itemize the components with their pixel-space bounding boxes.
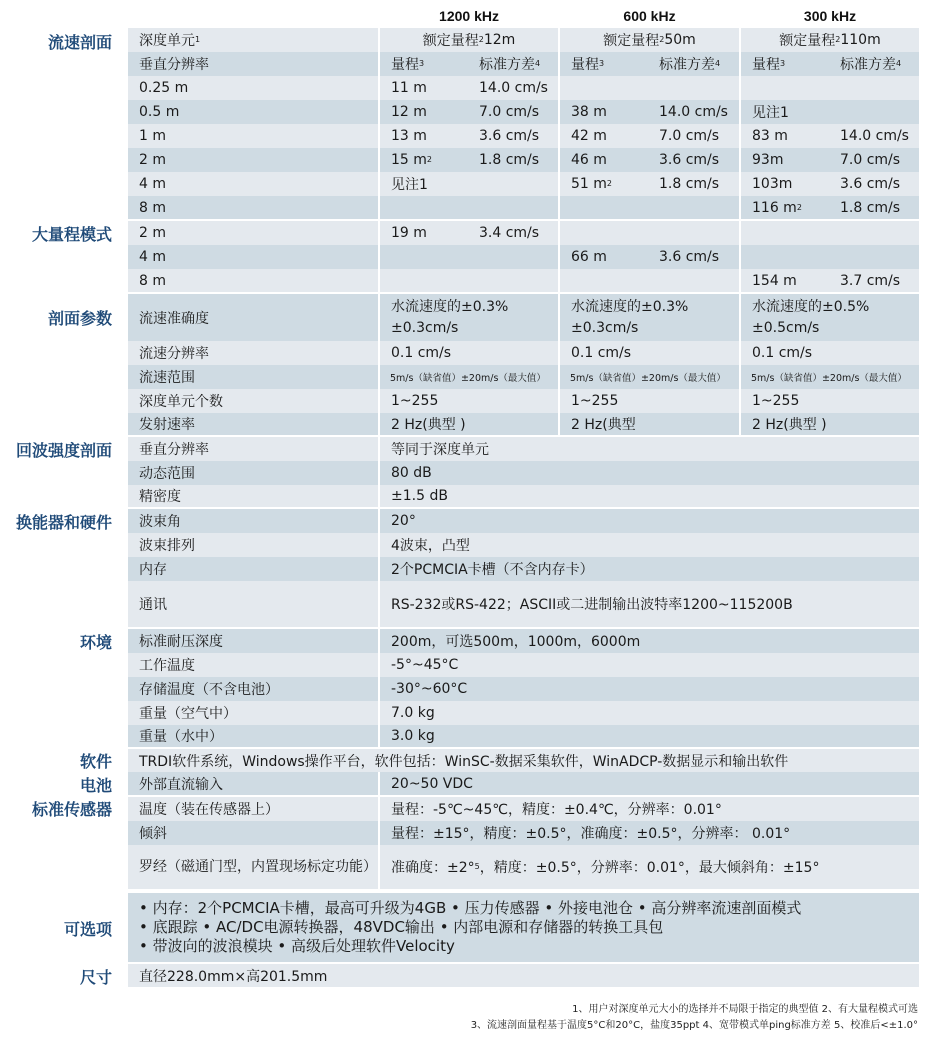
- option-line: • 内存：2个PCMCIA卡槽，最高可升级为4GB • 压力传感器 • 外接电池…: [139, 899, 919, 918]
- cell-range: [560, 76, 649, 100]
- cell-std: 14.0 cm/s: [830, 124, 919, 148]
- std-header: 标准方差4: [649, 52, 739, 76]
- cell-range: 103m: [741, 172, 830, 196]
- cell-resolution: 4 m: [128, 245, 378, 269]
- dimensions-value: 直径228.0mm×高201.5mm: [128, 964, 919, 987]
- table-row: 通讯 RS-232或RS-422；ASCII或二进制输出波特率1200~1152…: [128, 581, 919, 627]
- table-row: 存储温度（不含电池） -30°~60°C: [128, 677, 919, 701]
- table-row: 8 m 154 m 3.7 cm/s: [128, 269, 919, 292]
- freq-header-1200khz: 1200 kHz: [380, 8, 558, 24]
- param-label: 重量（空气中）: [128, 701, 378, 725]
- table-row: 动态范围 80 dB: [128, 461, 919, 485]
- cell-range: 51 m2: [560, 172, 649, 196]
- section-profile-params: 剖面参数: [0, 306, 112, 329]
- param-value: 2 Hz(典型 ): [380, 413, 558, 435]
- rated-range-1200: 额定量程212m: [380, 28, 558, 52]
- footnote-line-1: 1、用户对深度单元大小的选择并不局限于指定的典型值 2、有大量程模式可选: [572, 1000, 918, 1015]
- cell-std: [830, 100, 919, 124]
- table-row: 0.5 m 12 m 7.0 cm/s 38 m 14.0 cm/s 见注1: [128, 100, 919, 124]
- table-row: 流速分辨率 0.1 cm/s 0.1 cm/s 0.1 cm/s: [128, 341, 919, 365]
- table-row: 4 m 66 m 3.6 cm/s: [128, 245, 919, 269]
- section-long-range: 大量程模式: [0, 222, 112, 245]
- cell-resolution: 4 m: [128, 172, 378, 196]
- param-label: 倾斜: [128, 821, 378, 845]
- cell-std: [469, 196, 558, 219]
- param-value: 7.0 kg: [380, 701, 919, 725]
- cell-range: 116 m2: [741, 196, 830, 219]
- cell-range: 38 m: [560, 100, 649, 124]
- table-row: 温度（装在传感器上） 量程：-5℃~45℃，精度：±0.4℃，分辨率：0.01°: [128, 797, 919, 821]
- cell-std: 3.6 cm/s: [830, 172, 919, 196]
- accuracy-600: 水流速度的±0.3%±0.3cm/s: [560, 294, 739, 341]
- param-label: 流速分辨率: [128, 341, 378, 365]
- table-row: 发射速率 2 Hz(典型 ) 2 Hz(典型 2 Hz(典型 ): [128, 413, 919, 435]
- section-transducer-hw: 换能器和硬件: [0, 510, 112, 533]
- param-value: 1~255: [560, 389, 739, 413]
- param-label: 波束排列: [128, 533, 378, 557]
- table-row: 工作温度 -5°~45°C: [128, 653, 919, 677]
- table-row: 8 m 116 m2 1.8 cm/s: [128, 196, 919, 219]
- param-value: 0.1 cm/s: [380, 341, 558, 365]
- param-label: 工作温度: [128, 653, 378, 677]
- table-row: 精密度 ±1.5 dB: [128, 485, 919, 507]
- section-echo-intensity: 回波强度剖面: [0, 438, 112, 461]
- param-label: 发射速率: [128, 413, 378, 435]
- table-row: 0.25 m 11 m 14.0 cm/s: [128, 76, 919, 100]
- param-value: 量程：±15°，精度：±0.5°，准确度：±0.5°，分辨率： 0.01°: [380, 821, 919, 845]
- cell-std: [649, 221, 739, 245]
- table-row: 标准耐压深度 200m，可选500m，1000m，6000m: [128, 629, 919, 653]
- cell-range: 11 m: [380, 76, 469, 100]
- param-label: 罗经（磁通门型，内置现场标定功能）: [128, 845, 378, 889]
- cell-std: 3.7 cm/s: [830, 269, 919, 292]
- cell-range: [560, 221, 649, 245]
- table-row: 2 m 15 m2 1.8 cm/s 46 m 3.6 cm/s 93m 7.0…: [128, 148, 919, 172]
- cell-range: 19 m: [380, 221, 469, 245]
- cell-range: 13 m: [380, 124, 469, 148]
- section-dimensions: 尺寸: [0, 965, 112, 988]
- table-row: 内存 2个PCMCIA卡槽（不含内存卡）: [128, 557, 919, 581]
- table-row: 重量（空气中） 7.0 kg: [128, 701, 919, 725]
- param-value: 20~50 VDC: [380, 772, 919, 795]
- cell-range: 15 m2: [380, 148, 469, 172]
- section-battery: 电池: [0, 773, 112, 796]
- range-header: 量程3: [741, 52, 830, 76]
- param-label: 通讯: [128, 581, 378, 627]
- param-label: 内存: [128, 557, 378, 581]
- table-row: TRDI软件系统，Windows操作平台，软件包括：WinSC-数据采集软件，W…: [128, 749, 919, 772]
- software-value: TRDI软件系统，Windows操作平台，软件包括：WinSC-数据采集软件，W…: [128, 749, 919, 772]
- vertical-resolution-header: 垂直分辨率: [128, 52, 378, 76]
- cell-std: [830, 221, 919, 245]
- std-header: 标准方差4: [830, 52, 919, 76]
- cell-std: [469, 172, 558, 196]
- param-value: 1~255: [741, 389, 919, 413]
- param-value: 80 dB: [380, 461, 919, 485]
- depth-cell-label: 深度单元1: [128, 28, 378, 52]
- param-value: 2 Hz(典型 ): [741, 413, 919, 435]
- param-value: 量程：-5℃~45℃，精度：±0.4℃，分辨率：0.01°: [380, 797, 919, 821]
- accuracy-300: 水流速度的±0.5%±0.5cm/s: [741, 294, 919, 341]
- table-row: 倾斜 量程：±15°，精度：±0.5°，准确度：±0.5°，分辨率： 0.01°: [128, 821, 919, 845]
- param-value: 2 Hz(典型: [560, 413, 739, 435]
- cell-std: 7.0 cm/s: [649, 124, 739, 148]
- cell-range: [741, 221, 830, 245]
- section-velocity-profile: 流速剖面: [0, 30, 112, 53]
- cell-std: 1.8 cm/s: [469, 148, 558, 172]
- cell-range: [560, 196, 649, 219]
- cell-range: 154 m: [741, 269, 830, 292]
- table-row: 波束角 20°: [128, 509, 919, 533]
- cell-std: 3.6 cm/s: [649, 245, 739, 269]
- cell-std: 1.8 cm/s: [830, 196, 919, 219]
- table-row: 1 m 13 m 3.6 cm/s 42 m 7.0 cm/s 83 m 14.…: [128, 124, 919, 148]
- param-label: 垂直分辨率: [128, 437, 378, 461]
- cell-std: [830, 245, 919, 269]
- section-std-sensors: 标准传感器: [0, 797, 112, 820]
- table-row: 外部直流输入 20~50 VDC: [128, 772, 919, 795]
- param-label: 温度（装在传感器上）: [128, 797, 378, 821]
- table-row: • 内存：2个PCMCIA卡槽，最高可升级为4GB • 压力传感器 • 外接电池…: [128, 893, 919, 962]
- param-value: 5m/s（缺省值）±20m/s（最大值）: [380, 365, 558, 389]
- table-row: 深度单元个数 1~255 1~255 1~255: [128, 389, 919, 413]
- rated-range-600: 额定量程250m: [560, 28, 739, 52]
- cell-resolution: 1 m: [128, 124, 378, 148]
- param-label: 动态范围: [128, 461, 378, 485]
- cell-std: 3.6 cm/s: [649, 148, 739, 172]
- cell-range: [380, 196, 469, 219]
- param-value: 准确度：±2°5，精度：±0.5°，分辨率：0.01°，最大倾斜角：±15°: [380, 845, 919, 889]
- param-label: 流速范围: [128, 365, 378, 389]
- cell-range: [560, 269, 649, 292]
- param-label: 精密度: [128, 485, 378, 507]
- param-value: 5m/s（缺省值）±20m/s（最大值）: [741, 365, 919, 389]
- cell-range: 83 m: [741, 124, 830, 148]
- param-value: 200m，可选500m，1000m，6000m: [380, 629, 919, 653]
- cell-range: 46 m: [560, 148, 649, 172]
- cell-std: [649, 196, 739, 219]
- cell-resolution: 8 m: [128, 196, 378, 219]
- cell-range: 12 m: [380, 100, 469, 124]
- table-row: 垂直分辨率 等同于深度单元: [128, 437, 919, 461]
- table-row: 垂直分辨率 量程3 标准方差4 量程3 标准方差4 量程3 标准方差4: [128, 52, 919, 76]
- section-software: 软件: [0, 749, 112, 772]
- param-label: 波束角: [128, 509, 378, 533]
- param-value: 3.0 kg: [380, 725, 919, 747]
- cell-range: 见注1: [380, 172, 469, 196]
- rated-range-300: 额定量程2110m: [741, 28, 919, 52]
- param-value: 4波束，凸型: [380, 533, 919, 557]
- table-row: 罗经（磁通门型，内置现场标定功能） 准确度：±2°5，精度：±0.5°，分辨率：…: [128, 845, 919, 889]
- cell-std: [649, 76, 739, 100]
- option-line: • 底跟踪 • AC/DC电源转换器，48VDC输出 • 内部电源和存储器的转换…: [139, 918, 919, 937]
- param-label: 重量（水中）: [128, 725, 378, 747]
- cell-std: 3.6 cm/s: [469, 124, 558, 148]
- table-row: 流速准确度 水流速度的±0.3%±0.3cm/s 水流速度的±0.3%±0.3c…: [128, 294, 919, 341]
- cell-std: 14.0 cm/s: [649, 100, 739, 124]
- options-list: • 内存：2个PCMCIA卡槽，最高可升级为4GB • 压力传感器 • 外接电池…: [128, 893, 919, 962]
- table-row: 重量（水中） 3.0 kg: [128, 725, 919, 747]
- param-label: 标准耐压深度: [128, 629, 378, 653]
- cell-range: [741, 76, 830, 100]
- table-row: 波束排列 4波束，凸型: [128, 533, 919, 557]
- param-value: 等同于深度单元: [380, 437, 919, 461]
- param-value: 5m/s（缺省值）±20m/s（最大值）: [560, 365, 739, 389]
- section-options: 可选项: [0, 917, 112, 940]
- param-label: 外部直流输入: [128, 772, 378, 795]
- cell-std: 3.4 cm/s: [469, 221, 558, 245]
- cell-std: 1.8 cm/s: [649, 172, 739, 196]
- cell-std: [649, 269, 739, 292]
- cell-std: [469, 245, 558, 269]
- param-value: 20°: [380, 509, 919, 533]
- param-label: 存储温度（不含电池）: [128, 677, 378, 701]
- range-header: 量程3: [380, 52, 469, 76]
- cell-std: 14.0 cm/s: [469, 76, 558, 100]
- cell-resolution: 8 m: [128, 269, 378, 292]
- section-environment: 环境: [0, 630, 112, 653]
- footnote-line-2: 3、流速剖面量程基于温度5°C和20°C，盐度35ppt 4、宽带模式单ping…: [471, 1016, 918, 1031]
- cell-resolution: 2 m: [128, 221, 378, 245]
- table-row: 4 m 见注1 51 m2 1.8 cm/s 103m 3.6 cm/s: [128, 172, 919, 196]
- cell-range: 66 m: [560, 245, 649, 269]
- freq-header-600khz: 600 kHz: [560, 8, 739, 24]
- param-value: 0.1 cm/s: [741, 341, 919, 365]
- param-value: -5°~45°C: [380, 653, 919, 677]
- param-value: -30°~60°C: [380, 677, 919, 701]
- param-value: ±1.5 dB: [380, 485, 919, 507]
- cell-resolution: 2 m: [128, 148, 378, 172]
- cell-resolution: 0.5 m: [128, 100, 378, 124]
- std-header: 标准方差4: [469, 52, 558, 76]
- table-row: 流速范围 5m/s（缺省值）±20m/s（最大值） 5m/s（缺省值）±20m/…: [128, 365, 919, 389]
- cell-range: [380, 269, 469, 292]
- param-label: 深度单元个数: [128, 389, 378, 413]
- cell-range: [741, 245, 830, 269]
- cell-std: [830, 76, 919, 100]
- cell-resolution: 0.25 m: [128, 76, 378, 100]
- table-row: 深度单元1 额定量程212m 额定量程250m 额定量程2110m: [128, 28, 919, 52]
- param-value: RS-232或RS-422；ASCII或二进制输出波特率1200~115200B: [380, 581, 919, 627]
- param-value: 2个PCMCIA卡槽（不含内存卡）: [380, 557, 919, 581]
- table-row: 直径228.0mm×高201.5mm: [128, 964, 919, 987]
- cell-range: 42 m: [560, 124, 649, 148]
- cell-range: 93m: [741, 148, 830, 172]
- param-value: 1~255: [380, 389, 558, 413]
- cell-std: [469, 269, 558, 292]
- range-header: 量程3: [560, 52, 649, 76]
- cell-range: 见注1: [741, 100, 830, 124]
- param-label: 流速准确度: [128, 294, 378, 341]
- cell-std: 7.0 cm/s: [830, 148, 919, 172]
- freq-header-300khz: 300 kHz: [741, 8, 919, 24]
- param-value: 0.1 cm/s: [560, 341, 739, 365]
- cell-range: [380, 245, 469, 269]
- table-row: 2 m 19 m 3.4 cm/s: [128, 221, 919, 245]
- option-line: • 带波向的波浪模块 • 高级后处理软件Velocity: [139, 937, 919, 956]
- accuracy-1200: 水流速度的±0.3%±0.3cm/s: [380, 294, 558, 341]
- cell-std: 7.0 cm/s: [469, 100, 558, 124]
